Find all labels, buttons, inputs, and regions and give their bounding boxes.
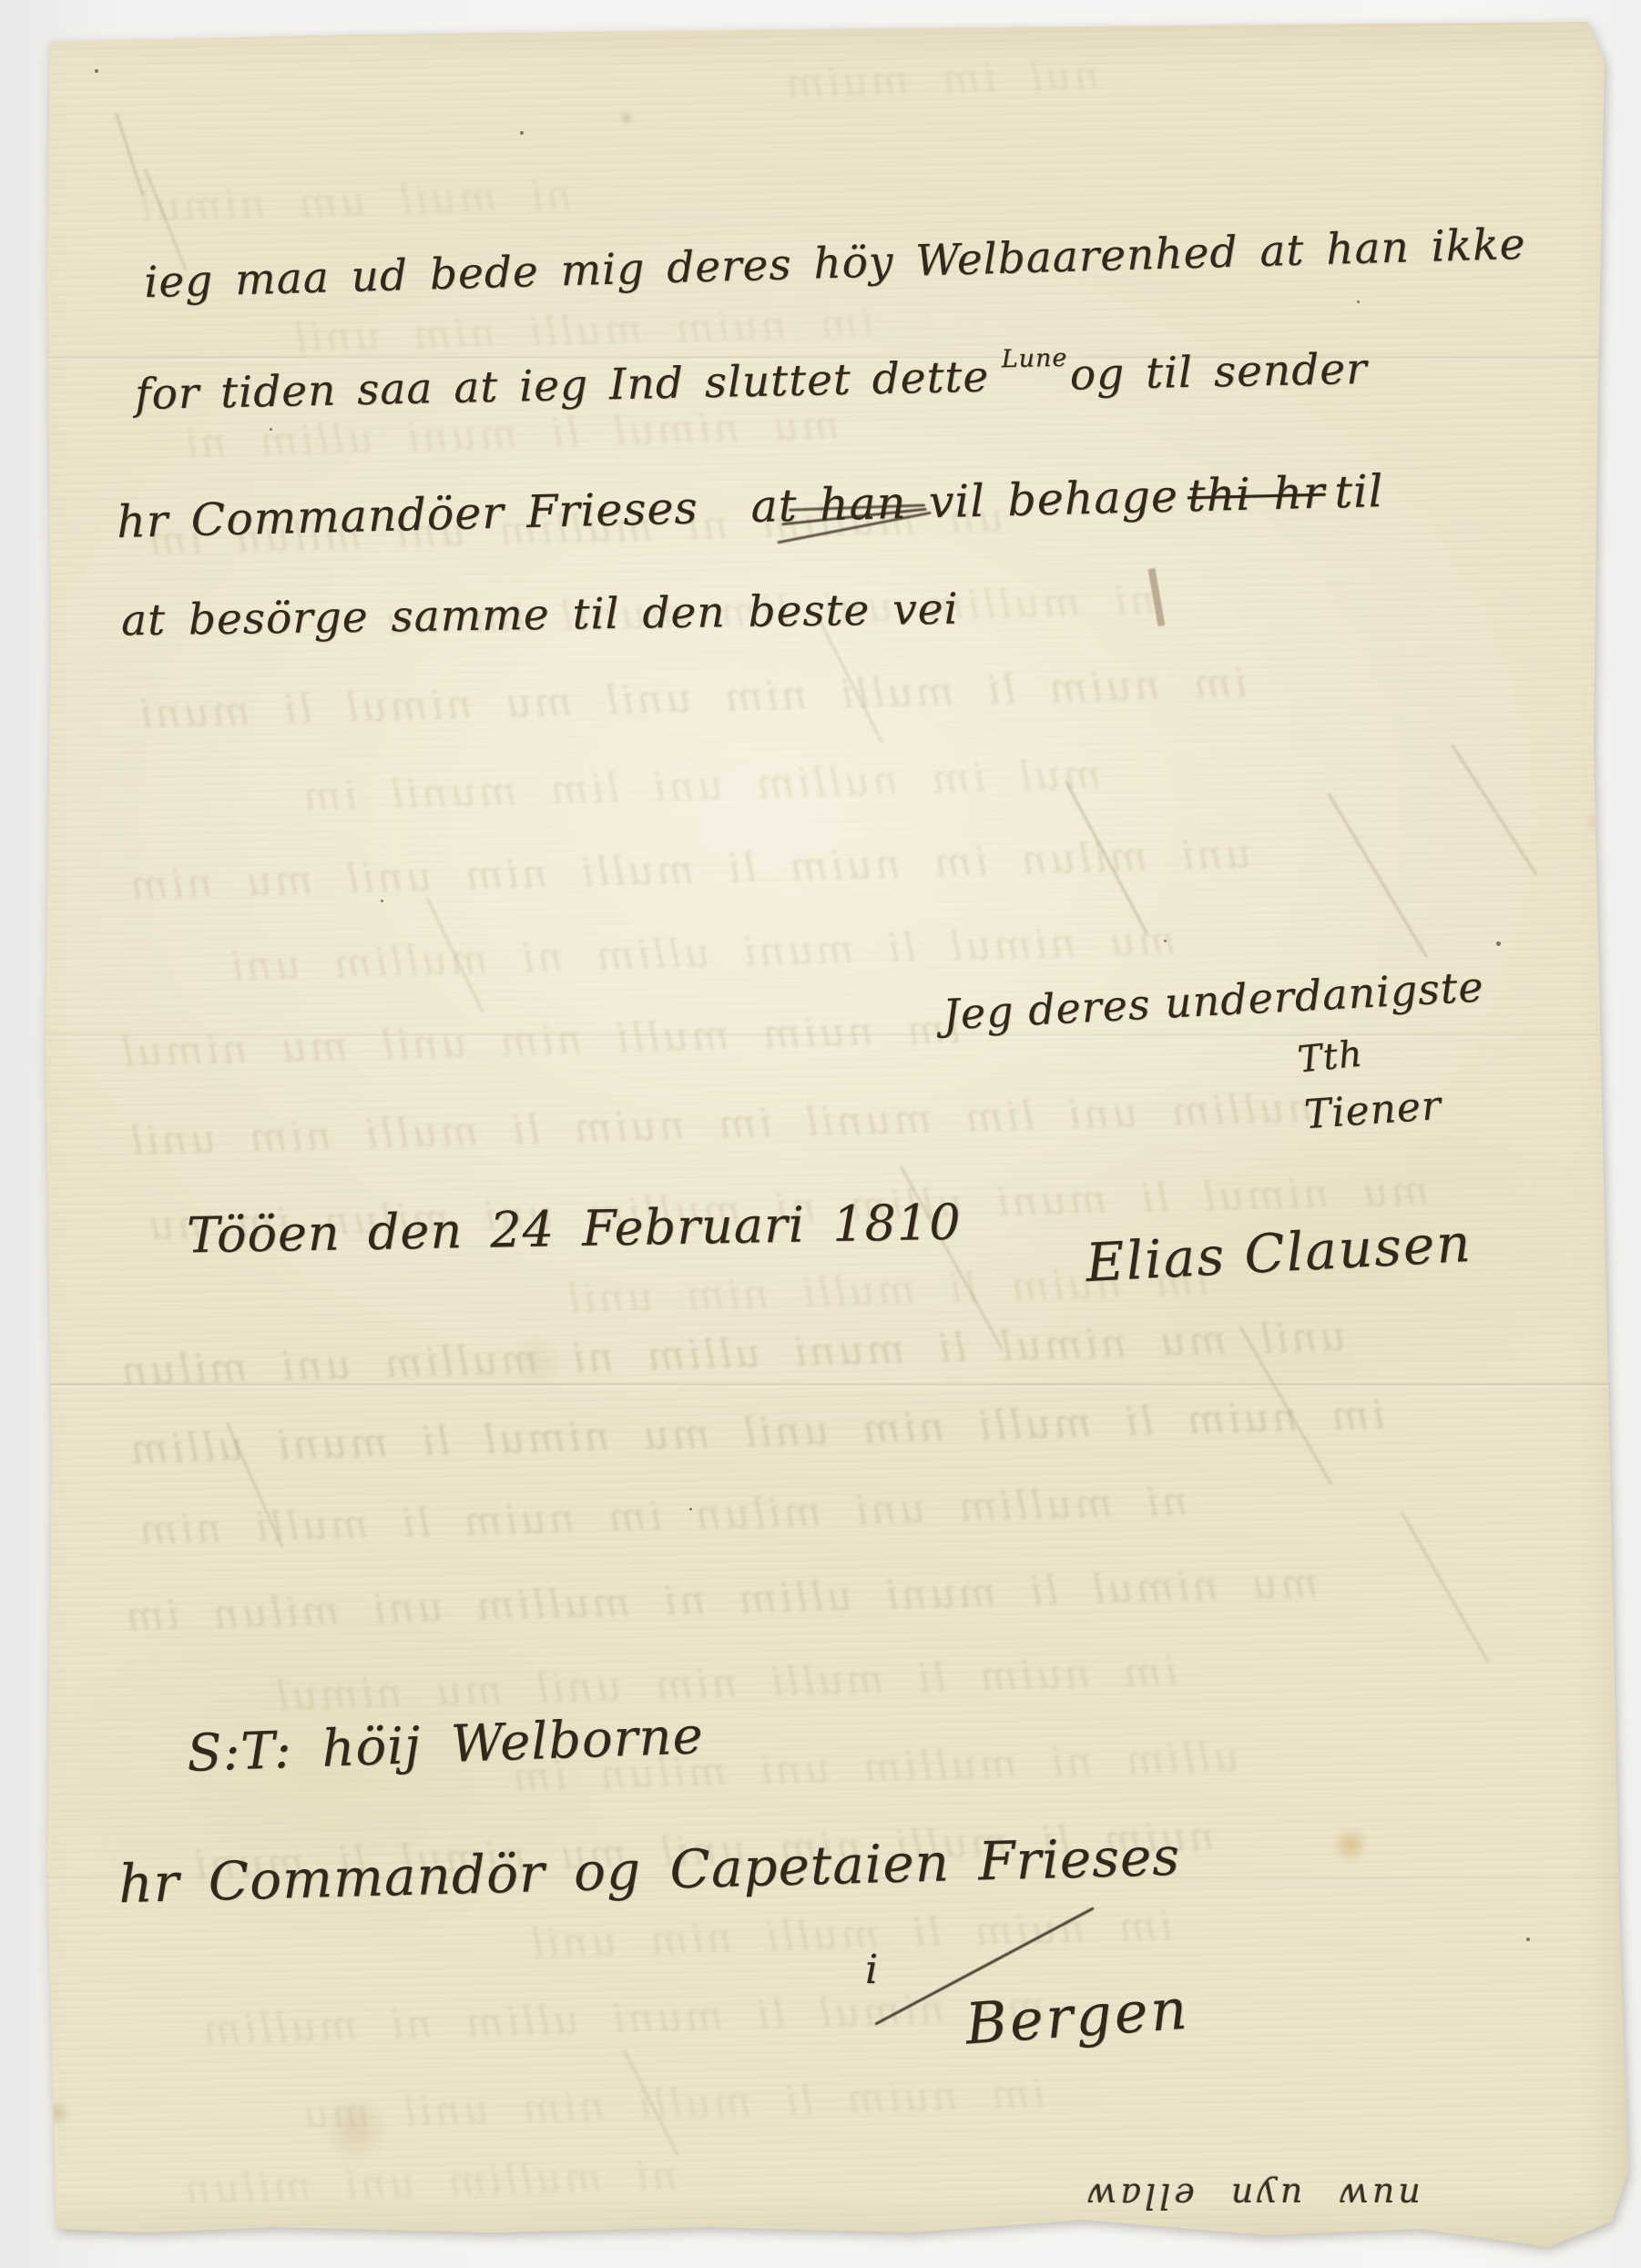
bleedthrough-line: ni mullim uni milun xyxy=(181,2152,678,2212)
fold-crease xyxy=(0,1032,1641,1039)
closing-line: Jeg deres underdanigste xyxy=(942,961,1485,1039)
bleedthrough-line: uni milun im nuim li mulli nim unil mu n… xyxy=(127,831,1252,909)
bleedthrough-line: mul im nullim uni lim munil im xyxy=(300,752,1102,821)
body-line-3-text: at han vil behage xyxy=(750,471,1179,533)
bleedthrough-line: im nuim li mulli nim unil xyxy=(527,1903,1173,1968)
address-city: Bergen xyxy=(963,1976,1192,2058)
inserted-word: Lune xyxy=(1001,344,1067,374)
paper-speck xyxy=(520,131,524,135)
bleedthrough-line: im nuim li mulli nim unil mu nimul li mu… xyxy=(127,1392,1386,1474)
paper-speck xyxy=(1496,941,1501,946)
paper-speck xyxy=(689,1508,692,1510)
scanned-letter: nul im muimni muil um nimulim nuim mulli… xyxy=(0,0,1641,2268)
closing-abbreviation: Tth xyxy=(1296,1032,1365,1081)
bleedthrough-line: ni mullim uni milun im nuim li mulli nim xyxy=(137,1479,1188,1554)
paper-speck xyxy=(95,69,98,73)
ghost-stroke xyxy=(116,113,145,196)
bleedthrough-line: mu nimul li muni ullim ni mullim uni xyxy=(227,917,1177,990)
stain xyxy=(1331,1828,1370,1861)
stain xyxy=(321,2100,392,2160)
fold-crease xyxy=(0,1382,1641,1388)
bleedthrough-line: nul im muim xyxy=(782,52,1100,107)
signature: Elias Clausen xyxy=(1085,1212,1474,1294)
bleedthrough-line: ni muil um nimul xyxy=(136,172,572,230)
bleedthrough-line: im nuim li mulli nim unil mu nimul li mu… xyxy=(137,660,1249,737)
word-gap xyxy=(698,522,751,523)
body-line-2-text-a: for tiden saa at ieg Ind sluttet dette xyxy=(135,352,990,421)
body-line-2-text-b: og til sender xyxy=(1069,344,1368,401)
closing-word: Tiener xyxy=(1302,1083,1442,1138)
stain xyxy=(510,1338,565,1385)
bleedthrough-line: nullim uni lim munil im nuim li mulli ni… xyxy=(127,1085,1314,1165)
ghost-stroke xyxy=(1452,744,1538,875)
bleedthrough-line: im nuim mulli nim unil xyxy=(290,300,874,362)
struck-through-words: thi hr xyxy=(1187,467,1326,523)
bleedthrough-line: im nuim mulli nim unil mu nimul xyxy=(117,1006,961,1076)
body-line-3-text-end: til xyxy=(1334,465,1384,518)
address-recipient-line: hr Commandör og Capetaien Frieses xyxy=(117,1826,1180,1916)
bleedthrough-line: im nuim li mulli nim unil mu xyxy=(300,2071,1045,2139)
bleedthrough-line: im nuim li mulli nim unil mu nimul xyxy=(272,1648,1177,1720)
paper-speck xyxy=(270,428,272,431)
address-preposition: i xyxy=(865,1947,879,1993)
paper-speck xyxy=(381,900,383,902)
bleedthrough-line: mu nimul li muni ullim ni mullim xyxy=(199,1984,1045,2054)
bleedthrough-line: mu nimul li muni ullim ni mullim uni mil… xyxy=(123,1561,1320,1641)
scanner-background: nul im muimni muil um nimulim nuim mulli… xyxy=(0,0,1641,2268)
date-place-line: Tööen den 24 Februari 1810 xyxy=(187,1194,963,1265)
stain xyxy=(621,113,632,122)
ghost-stroke xyxy=(1401,1511,1489,1663)
body-line-4: at besörge samme til den beste vei xyxy=(121,585,959,646)
paper-speck xyxy=(1357,300,1360,303)
inverted-edge-fragment: nuw uyn ellaw xyxy=(1084,2176,1421,2216)
ghost-stroke xyxy=(1328,793,1428,958)
paper-sheet: nul im muimni muil um nimulim nuim mulli… xyxy=(0,0,1641,2268)
paper-speck xyxy=(1164,940,1167,942)
stain xyxy=(1585,812,1608,832)
stain xyxy=(44,2101,71,2125)
paper-speck xyxy=(1526,1937,1530,1941)
body-line-1: ieg maa ud bede mig deres höy Welbaarenh… xyxy=(144,219,1527,308)
